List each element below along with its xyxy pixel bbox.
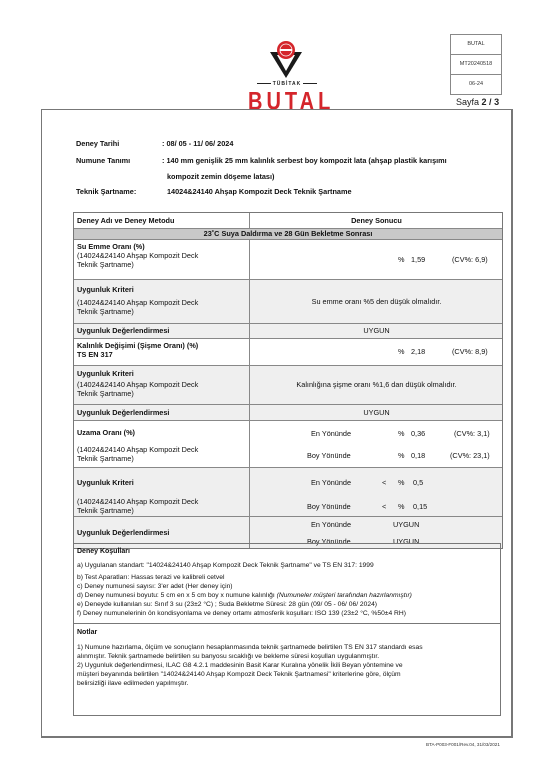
test-date-label: Deney Tarihi — [76, 139, 119, 148]
percent-sign: % — [398, 478, 405, 487]
condition-d-text: d) Deney numunesi boyutu: 5 cm en x 5 cm… — [77, 592, 277, 599]
doc-lab-name: BUTAL — [451, 35, 501, 55]
table-row: Su Emme Oranı (%) (14024&24140 Ahşap Kom… — [74, 240, 502, 280]
thickness-swelling-title: Kalınlık Değişimi (Şişme Oranı) (%) — [77, 341, 246, 350]
elongation-criteria-en: 0,5 — [413, 478, 423, 487]
criteria-method: Uygunluk Kriteri (14024&24140 Ahşap Komp… — [74, 280, 250, 323]
table-row: Kalınlık Değişimi (Şişme Oranı) (%) TS E… — [74, 339, 502, 366]
elongation-cv-en: (CV%: 3,1) — [454, 429, 490, 438]
less-than-sign: < — [382, 502, 386, 511]
criteria-label: Uygunluk Kriteri — [77, 478, 246, 487]
table-row: Uzama Oranı (%) (14024&24140 Ahşap Kompo… — [74, 421, 502, 468]
table-row: Uygunluk Kriteri (14024&24140 Ahşap Komp… — [74, 280, 502, 324]
direction-en: En Yönünde — [311, 429, 351, 438]
logo-org-name: TÜBİTAK — [252, 81, 322, 87]
elongation-eval-en: UYGUN — [393, 520, 419, 529]
tubitak-butal-logo: TÜBİTAK BUTAL — [252, 38, 332, 108]
criteria-label: Uygunluk Kriteri — [77, 285, 246, 294]
elongation-result: En Yönünde % 0,36 (CV%: 3,1) Boy Yönünde… — [251, 421, 502, 467]
thickness-swelling-result: % 2,18 (CV%: 8,9) — [251, 339, 502, 365]
criteria-label: Uygunluk Kriteri — [77, 369, 246, 378]
section-title-row: 23˚C Suya Daldırma ve 28 Gün Bekletme So… — [74, 229, 502, 240]
spec-ref: Teknik Şartname) — [77, 454, 246, 463]
sample-value-line2: kompozit zemin döşeme latası) — [167, 172, 274, 181]
water-absorption-title: Su Emme Oranı (%) — [77, 242, 246, 251]
doc-date-code: 06-24 — [451, 75, 501, 94]
less-than-sign: < — [382, 478, 386, 487]
col-header-method: Deney Adı ve Deney Metodu — [74, 213, 250, 228]
form-code: BTA-P003-F001/Rev.04, 31/03/2021 — [426, 742, 500, 747]
spec-ref: (14024&24140 Ahşap Kompozit Deck — [77, 497, 246, 506]
spec-ref: (14024&24140 Ahşap Kompozit Deck — [77, 298, 246, 307]
thickness-swelling-cv: (CV%: 8,9) — [452, 347, 488, 356]
thickness-swelling-criteria: Kalınlığına şişme oranı %1,6 dan düşük o… — [251, 366, 502, 404]
table-row: Uygunluk Kriteri (14024&24140 Ahşap Komp… — [74, 468, 502, 517]
note-line: 2) Uygunluk değerlendirmesi, ILAC G8 4.2… — [77, 662, 403, 669]
condition-d-note: (Numuneler müşteri tarafından hazırlanmı… — [277, 592, 412, 599]
elongation-value-en: 0,36 — [411, 429, 425, 438]
elongation-criteria-boy: 0,15 — [413, 502, 427, 511]
note-line: 1) Numune hazırlama, ölçüm ve sonuçların… — [77, 644, 423, 651]
percent-sign: % — [398, 451, 405, 460]
condition-e: e) Deneyde kullanılan su: Sınıf 3 su (23… — [77, 601, 377, 608]
doc-report-number: MT20240518 — [451, 55, 501, 75]
test-conditions-box: Deney Koşulları a) Uygulanan standart: "… — [73, 543, 501, 624]
elongation-method: Uzama Oranı (%) (14024&24140 Ahşap Kompo… — [74, 421, 250, 467]
page-indicator: Sayfa 2 / 3 — [456, 97, 499, 107]
direction-boy: Boy Yönünde — [307, 502, 351, 511]
thickness-swelling-value: 2,18 — [411, 347, 425, 356]
spec-value: 14024&24140 Ahşap Kompozit Deck Teknik Ş… — [167, 187, 352, 196]
spec-ref: (14024&24140 Ahşap Kompozit Deck — [77, 251, 246, 260]
water-absorption-result: % 1,59 (CV%: 6,9) — [251, 240, 502, 279]
table-row: Uygunluk Değerlendirmesi UYGUN — [74, 405, 502, 421]
notes-box: Notlar 1) Numune hazırlama, ölçüm ve son… — [73, 624, 501, 716]
direction-boy: Boy Yönünde — [307, 451, 351, 460]
evaluation-label: Uygunluk Değerlendirmesi — [74, 405, 250, 420]
water-absorption-criteria: Su emme oranı %5 den düşük olmalıdır. — [251, 280, 502, 323]
spec-ref: (14024&24140 Ahşap Kompozit Deck — [77, 445, 246, 454]
test-date-value: : 08/ 05 - 11/ 06/ 2024 — [162, 139, 233, 148]
spec-ref: Teknik Şartname) — [77, 260, 246, 269]
thickness-swelling-method: Kalınlık Değişimi (Şişme Oranı) (%) TS E… — [74, 339, 250, 365]
evaluation-label: Uygunluk Değerlendirmesi — [74, 324, 250, 338]
elongation-cv-boy: (CV%: 23,1) — [450, 451, 490, 460]
direction-en: En Yönünde — [311, 478, 351, 487]
water-absorption-method: Su Emme Oranı (%) (14024&24140 Ahşap Kom… — [74, 240, 250, 279]
document-id-box: BUTAL MT20240518 06-24 — [450, 34, 502, 95]
elongation-criteria: En Yönünde < % 0,5 Boy Yönünde < % 0,15 — [251, 468, 502, 516]
percent-sign: % — [398, 255, 405, 264]
sample-value-line1: : 140 mm genişlik 25 mm kalınlık serbest… — [162, 156, 447, 165]
water-absorption-cv: (CV%: 6,9) — [452, 255, 488, 264]
condition-f: f) Deney numunelerinin ön kondisyonlama … — [77, 610, 406, 617]
tubitak-emblem-icon — [266, 38, 306, 78]
elongation-value-boy: 0,18 — [411, 451, 425, 460]
percent-sign: % — [398, 347, 405, 356]
water-absorption-value: 1,59 — [411, 255, 425, 264]
conditions-title: Deney Koşulları — [77, 548, 130, 555]
notes-title: Notlar — [77, 629, 97, 636]
note-line: müşteri beyanında belirtilen "14024&2414… — [77, 671, 401, 678]
note-line: belirsizliği ilave edilmeden yapılmıştır… — [77, 680, 189, 687]
spec-ref: Teknik Şartname) — [77, 307, 246, 316]
criteria-method: Uygunluk Kriteri (14024&24140 Ahşap Komp… — [74, 366, 250, 404]
results-table: Deney Adı ve Deney Metodu Deney Sonucu 2… — [73, 212, 503, 549]
water-absorption-evaluation: UYGUN — [251, 324, 502, 338]
sample-label: Numune Tanımı — [76, 156, 130, 165]
table-row: Uygunluk Değerlendirmesi UYGUN — [74, 324, 502, 339]
thickness-swelling-evaluation: UYGUN — [251, 405, 502, 420]
condition-d: d) Deney numunesi boyutu: 5 cm en x 5 cm… — [77, 592, 412, 599]
condition-a: a) Uygulanan standart: "14024&24140 Ahşa… — [77, 562, 374, 569]
percent-sign: % — [398, 502, 405, 511]
condition-c: c) Deney numunesi sayısı: 3'er adet (Her… — [77, 583, 233, 590]
spec-ref: Teknik Şartname) — [77, 389, 246, 398]
spec-ref: Teknik Şartname) — [77, 506, 246, 515]
percent-sign: % — [398, 429, 405, 438]
col-header-result: Deney Sonucu — [251, 213, 502, 228]
direction-en: En Yönünde — [311, 520, 351, 529]
spec-label: Teknik Şartname: — [76, 187, 136, 196]
elongation-title: Uzama Oranı (%) — [77, 428, 246, 437]
criteria-method: Uygunluk Kriteri (14024&24140 Ahşap Komp… — [74, 468, 250, 516]
spec-ref: (14024&24140 Ahşap Kompozit Deck — [77, 380, 246, 389]
thickness-swelling-standard: TS EN 317 — [77, 350, 246, 359]
condition-b: b) Test Aparatları: Hassas terazi ve kal… — [77, 574, 224, 581]
table-row: Uygunluk Kriteri (14024&24140 Ahşap Komp… — [74, 366, 502, 405]
table-header-row: Deney Adı ve Deney Metodu Deney Sonucu — [74, 213, 502, 229]
note-line: alınmıştır. Teknik şartnamede belirtilen… — [77, 653, 379, 660]
